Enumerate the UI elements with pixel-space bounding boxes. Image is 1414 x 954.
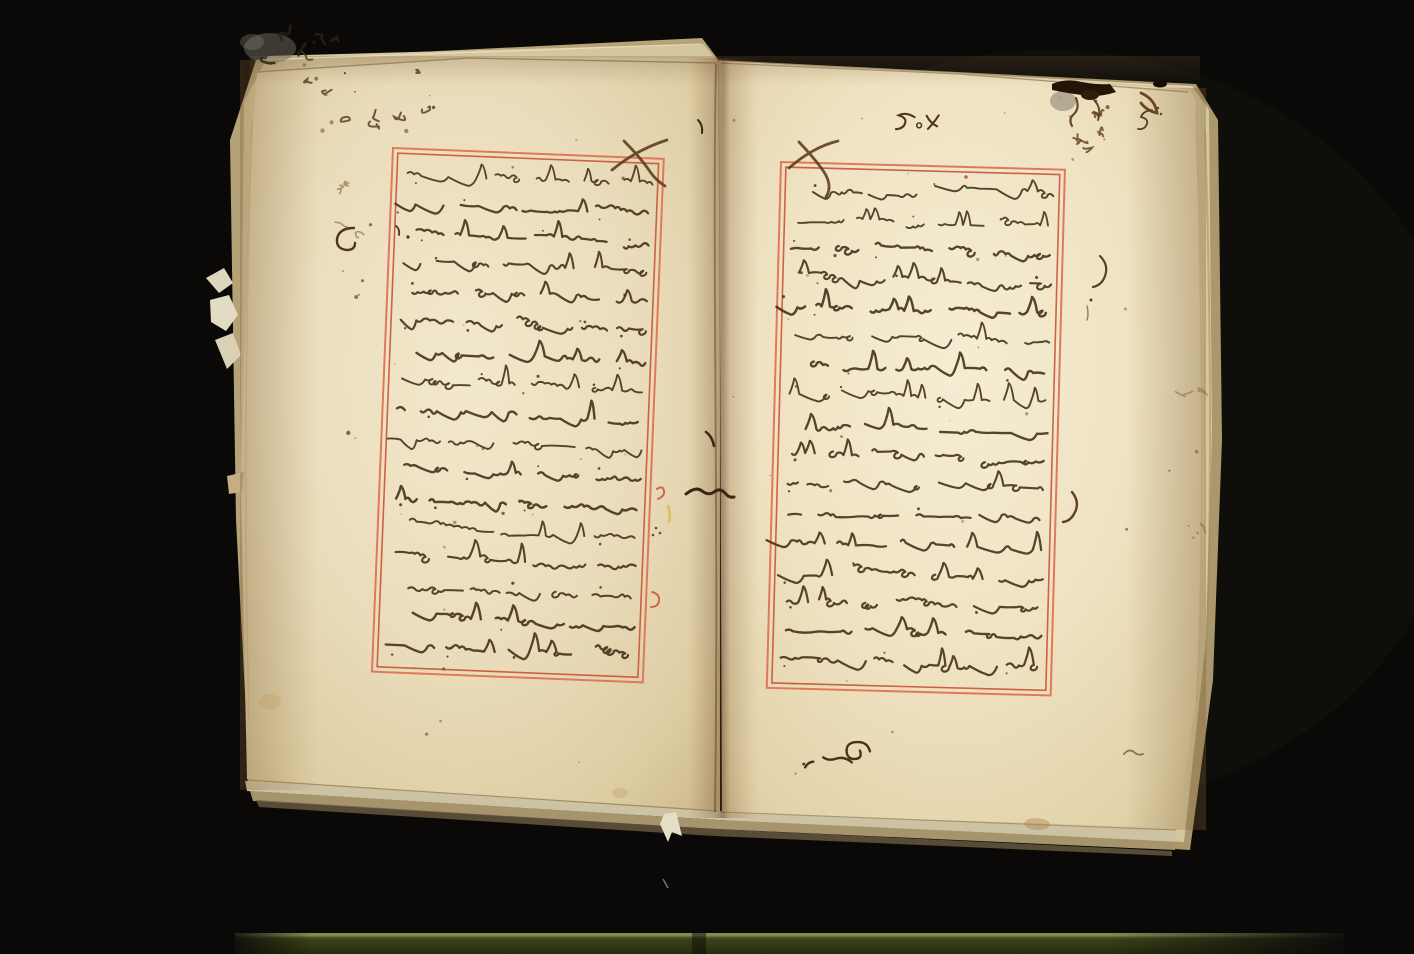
foxing-speck xyxy=(463,324,464,325)
foxing-speck xyxy=(532,514,534,516)
ink-flourish-dot xyxy=(1095,100,1098,103)
foxing-speck xyxy=(949,420,951,422)
foxing-speck xyxy=(511,166,514,169)
ink-flourish-dot xyxy=(1103,138,1105,140)
foxing-speck xyxy=(976,258,979,261)
ink-flourish-dot xyxy=(354,295,358,299)
ink-flourish-dot xyxy=(303,63,306,66)
foxing-speck xyxy=(397,438,398,439)
ink-flourish-dot xyxy=(346,431,350,435)
foxing-speck xyxy=(482,448,485,451)
foxing-speck xyxy=(907,173,908,174)
foxing-speck xyxy=(1125,528,1128,531)
foxing-speck xyxy=(1168,470,1170,472)
table-edge-strip-highlight xyxy=(235,933,1345,937)
ink-flourish-dot xyxy=(1195,450,1199,454)
foxing-speck xyxy=(401,513,403,515)
ink-flourish-dot xyxy=(1069,115,1071,117)
foxing-speck xyxy=(476,445,478,447)
photo-stage xyxy=(0,0,1414,954)
ink-flourish-dot xyxy=(369,223,372,226)
foxing-speck xyxy=(886,630,887,631)
ink-flourish-dot xyxy=(344,72,346,74)
ink-flourish-dot xyxy=(1188,525,1190,527)
foxing-speck xyxy=(580,458,582,460)
foxing-speck xyxy=(961,520,964,523)
margin-dot xyxy=(1090,299,1093,302)
ink-flourish-dot xyxy=(335,36,339,40)
foxing-speck xyxy=(883,652,885,654)
ink-flourish-dot xyxy=(432,106,435,109)
foxing-speck xyxy=(733,396,734,397)
ink-flourish-dot xyxy=(404,129,408,133)
ink-flourish-dot xyxy=(1106,105,1110,109)
table-edge-strip-seam xyxy=(692,933,706,954)
foxing-speck xyxy=(816,282,818,284)
foxing-speck xyxy=(518,499,521,502)
foxing-speck xyxy=(621,177,624,180)
ink-flourish-dot xyxy=(361,279,364,282)
foxing-speck xyxy=(439,720,442,723)
foxing-speck xyxy=(846,680,848,682)
margin-dot xyxy=(659,532,662,535)
ink-flourish-dot xyxy=(354,91,356,93)
foxing-speck xyxy=(579,320,582,323)
right-edge-shading xyxy=(1126,88,1206,830)
margin-dot xyxy=(406,235,409,238)
foxing-speck xyxy=(840,435,843,438)
foxing-speck xyxy=(891,731,893,733)
ink-flourish-dot xyxy=(320,128,324,132)
foxing-speck xyxy=(575,139,578,142)
margin-dot xyxy=(652,534,655,537)
foxing-speck xyxy=(429,95,430,96)
ink-flourish-dot xyxy=(312,41,315,44)
foxing-speck xyxy=(1004,112,1005,113)
foxing-speck xyxy=(443,546,446,549)
foxing-speck xyxy=(806,274,809,277)
foxing-speck xyxy=(793,683,795,685)
ink-flourish-dot xyxy=(1192,536,1194,538)
foxing-speck xyxy=(1059,97,1060,98)
smudge-stain xyxy=(240,34,264,50)
ink-flourish-dot xyxy=(1196,532,1199,535)
foxing-speck xyxy=(625,454,626,455)
foxing-speck xyxy=(1071,158,1074,161)
foxing-speck xyxy=(413,667,415,669)
left-edge-shading xyxy=(240,60,318,790)
foxing-speck xyxy=(787,318,789,320)
margin-dot xyxy=(655,527,658,530)
foxing-speck xyxy=(443,609,445,611)
foxing-speck xyxy=(931,277,934,280)
manuscript-photo xyxy=(0,0,1414,954)
table-edge-strip xyxy=(235,933,1345,954)
edge-dot xyxy=(1160,113,1162,115)
foxing-speck xyxy=(1124,308,1127,311)
ink-flourish-dot xyxy=(358,294,360,296)
edge-dot xyxy=(1157,107,1159,109)
paper-stain xyxy=(612,788,628,798)
foxing-speck xyxy=(442,667,445,670)
ink-flourish-dot xyxy=(314,77,318,81)
foxing-speck xyxy=(1005,256,1007,258)
ink-flourish-dot xyxy=(1097,131,1100,134)
foxing-speck xyxy=(812,444,814,446)
foxing-speck xyxy=(578,761,580,763)
foxing-speck xyxy=(769,475,770,476)
foxing-speck xyxy=(829,489,832,492)
foxing-speck xyxy=(453,521,457,525)
ink-blob xyxy=(1081,90,1099,100)
foxing-speck xyxy=(425,732,428,735)
foxing-speck xyxy=(861,118,863,120)
ink-flourish-dot xyxy=(330,120,334,124)
foxing-speck xyxy=(522,392,524,394)
ink-smudge xyxy=(1050,91,1076,111)
paper-stain xyxy=(259,694,281,710)
ink-flourish-dot xyxy=(334,45,336,47)
gutter-shadow xyxy=(688,58,758,818)
foxing-speck xyxy=(501,512,504,515)
foxing-speck xyxy=(795,773,797,775)
foxing-speck xyxy=(342,270,344,272)
foxing-speck xyxy=(977,346,979,348)
foxing-speck xyxy=(733,119,736,122)
foxing-speck xyxy=(1025,412,1028,415)
red-text-dot xyxy=(964,175,968,179)
foxing-speck xyxy=(394,363,396,365)
ink-flourish-stroke xyxy=(416,70,419,73)
ink-blob xyxy=(1153,81,1167,88)
ink-flourish-dot xyxy=(354,437,356,439)
